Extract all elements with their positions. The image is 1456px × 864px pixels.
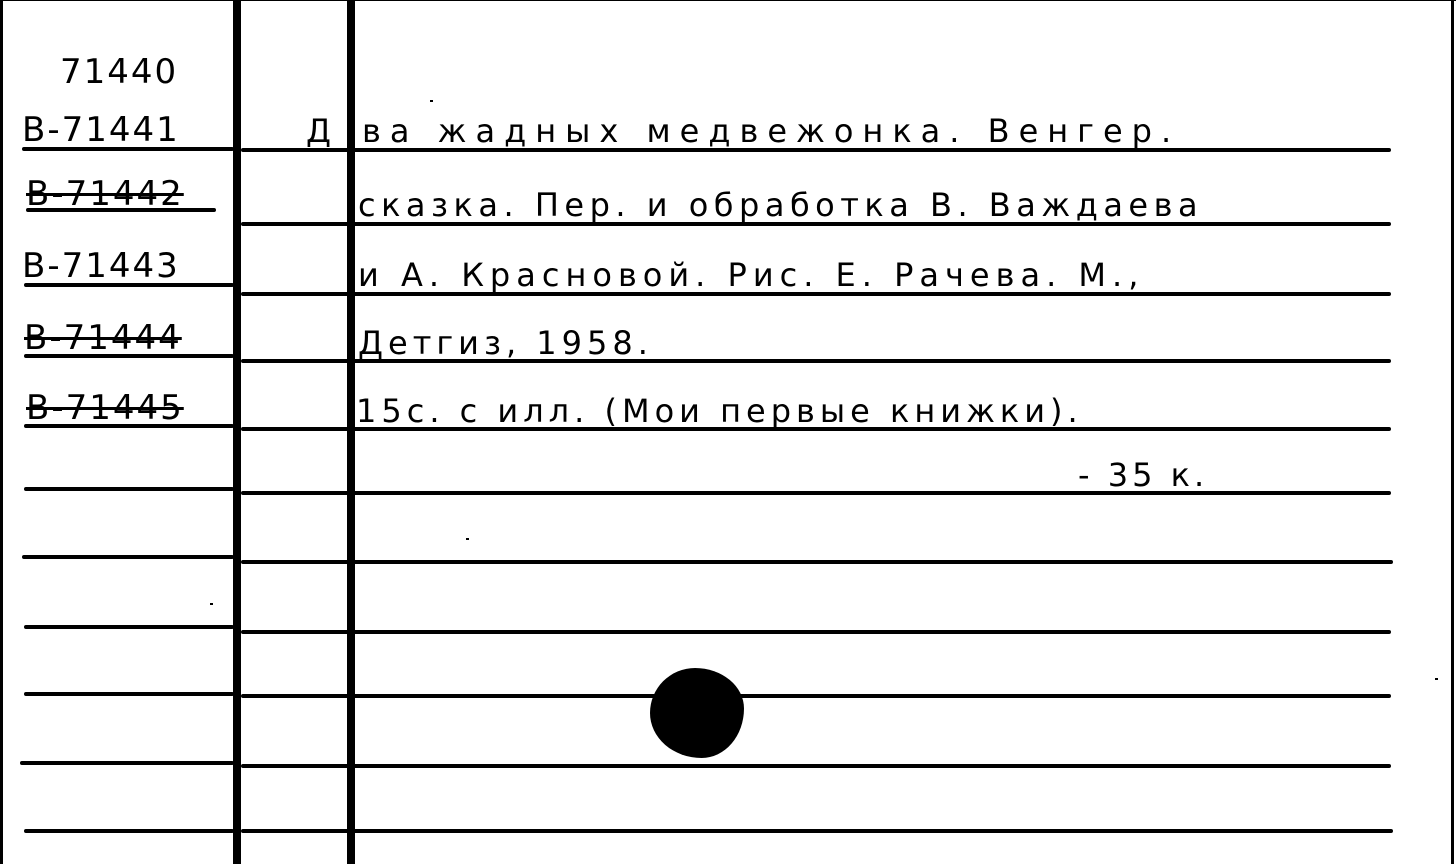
rule-line: [24, 692, 234, 696]
description-line-1: ва жадных медвежонка. Венгер.: [362, 112, 1180, 150]
rule-line: [24, 625, 234, 629]
speck: [430, 100, 433, 102]
inventory-entry: В-71443: [22, 246, 180, 286]
inventory-entry-struck: В-71444: [24, 318, 182, 358]
description-line-5: 15с. с илл. (Мои первые книжки).: [356, 392, 1083, 430]
rule-line: [24, 829, 234, 833]
inventory-entry-struck: В-71445: [26, 388, 184, 428]
title-initial-letter: Д: [306, 112, 338, 150]
column-divider-right: [347, 0, 355, 864]
speck: [466, 538, 469, 540]
description-line-4: Детгиз, 1958.: [358, 324, 653, 362]
card-edge-right: [1451, 0, 1454, 864]
rule-line: [241, 560, 1393, 564]
inventory-entry-struck: В-71442: [26, 174, 184, 214]
description-line-2: сказка. Пер. и обработка В. Важдаева: [358, 186, 1203, 224]
card-edge-left: [0, 0, 3, 864]
column-divider-left: [233, 0, 241, 864]
speck: [1435, 678, 1438, 680]
rule-line: [241, 491, 1391, 495]
rule-line: [20, 761, 234, 765]
rule-line: [241, 764, 1391, 768]
inventory-entry: В-71441: [22, 110, 180, 150]
price: - 35 к.: [1078, 456, 1208, 494]
rule-line: [241, 829, 1393, 833]
catalog-card: 71440 В-71441 В-71442 В-71443 В-71444 В-…: [0, 0, 1456, 864]
card-edge-top: [0, 0, 1456, 1]
rule-line: [22, 555, 234, 559]
rule-line: [24, 487, 234, 491]
speck: [210, 603, 213, 605]
rule-line: [241, 630, 1391, 634]
description-line-3: и А. Красновой. Рис. Е. Рачева. М.,: [358, 256, 1144, 294]
rule-line: [241, 694, 1391, 698]
inventory-header: 71440: [60, 52, 178, 92]
ink-blot: [650, 668, 744, 758]
